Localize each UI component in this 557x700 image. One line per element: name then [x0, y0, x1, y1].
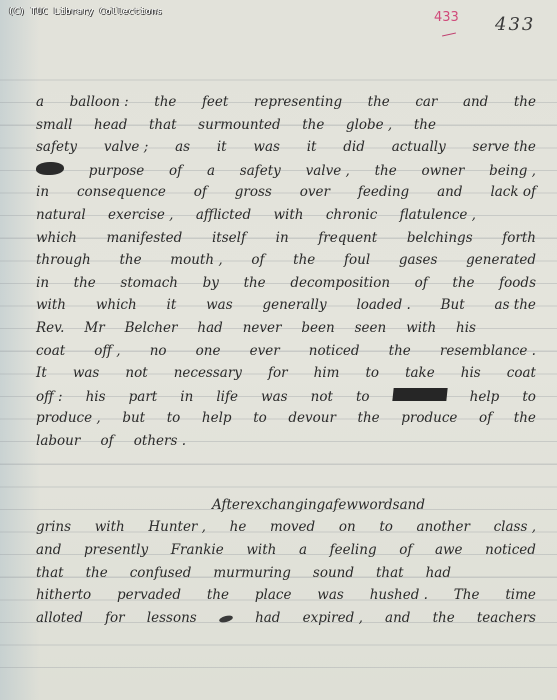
- handwritten-word: on: [339, 519, 356, 535]
- handwritten-word: as the: [495, 297, 536, 313]
- handwritten-word: foul: [344, 252, 370, 268]
- handwritten-word: of: [399, 542, 412, 558]
- handwritten-word: necessary: [174, 365, 242, 381]
- handwritten-word: frequent: [318, 230, 377, 246]
- handwritten-word: the: [358, 410, 380, 426]
- handwritten-word: and: [36, 542, 61, 558]
- handwritten-word: few: [333, 497, 358, 513]
- handwritten-word: feet: [202, 94, 228, 110]
- handwritten-word: of: [194, 184, 207, 200]
- handwritten-word: foods: [499, 275, 536, 291]
- handwritten-word: a: [207, 163, 215, 179]
- handwritten-word: to: [356, 389, 370, 405]
- handwritten-word: The: [454, 587, 480, 603]
- handwritten-word: part: [129, 389, 158, 405]
- manuscript-line: allotedforlessonshadexpired ,andtheteach…: [36, 610, 536, 632]
- handwritten-word: that: [149, 117, 177, 133]
- handwritten-word: noticed: [309, 343, 360, 359]
- handwritten-word: actually: [392, 139, 446, 155]
- handwritten-word: Belcher: [125, 320, 178, 336]
- handwritten-word: time: [505, 587, 536, 603]
- manuscript-line: Itwasnotnecessaryforhimtotakehiscoat: [36, 365, 536, 387]
- handwritten-word: forth: [502, 230, 536, 246]
- handwritten-word: gases: [399, 252, 438, 268]
- handwritten-word: After: [212, 497, 246, 513]
- handwritten-word: the: [433, 610, 455, 626]
- handwritten-word: in: [36, 184, 49, 200]
- handwritten-word: safety: [36, 139, 77, 155]
- handwritten-word: surmounted: [198, 117, 280, 133]
- handwritten-word: chronic: [326, 207, 377, 223]
- handwritten-word: by: [203, 275, 219, 291]
- handwritten-word: not: [125, 365, 147, 381]
- manuscript-line: coatoff ,nooneevernoticedtheresemblance …: [36, 343, 536, 365]
- handwritten-word: no: [150, 343, 167, 359]
- handwritten-word: another: [417, 519, 470, 535]
- handwritten-word: and: [385, 610, 410, 626]
- handwritten-word: the: [302, 117, 324, 133]
- manuscript-line: andpresentlyFrankiewithafeelingofawenoti…: [36, 542, 536, 564]
- handwritten-word: ever: [250, 343, 280, 359]
- handwritten-word: awe: [435, 542, 463, 558]
- manuscript-line: throughthemouth ,ofthefoulgasesgenerated: [36, 252, 536, 274]
- handwritten-word: him: [314, 365, 340, 381]
- handwritten-word: generally: [263, 297, 327, 313]
- handwritten-word: that: [376, 565, 404, 581]
- handwritten-word: to: [253, 410, 267, 426]
- pencil-underline-mark: [442, 33, 456, 37]
- handwritten-word: Mr: [84, 320, 104, 336]
- handwritten-word: devour: [288, 410, 336, 426]
- handwritten-word: exercise ,: [108, 207, 173, 223]
- handwritten-word: been: [301, 320, 334, 336]
- handwritten-word: for: [268, 365, 288, 381]
- handwritten-word: natural: [36, 207, 86, 223]
- handwritten-word: But: [441, 297, 465, 313]
- handwritten-word: help: [202, 410, 232, 426]
- handwritten-word: take: [405, 365, 435, 381]
- handwritten-word: gross: [235, 184, 272, 200]
- handwritten-word: stomach: [120, 275, 178, 291]
- handwritten-word: coat: [507, 365, 536, 381]
- handwritten-word: alloted: [36, 610, 83, 626]
- handwritten-word: over: [300, 184, 330, 200]
- handwritten-word: of: [100, 433, 113, 449]
- handwritten-word: being ,: [489, 163, 536, 179]
- handwritten-word: of: [169, 163, 182, 179]
- handwritten-word: feeling: [330, 542, 377, 558]
- handwritten-word: and: [400, 497, 425, 513]
- handwritten-word: to: [379, 519, 393, 535]
- handwritten-word: in: [36, 275, 49, 291]
- handwritten-word: produce ,: [36, 410, 101, 426]
- handwritten-word: generated: [466, 252, 536, 268]
- handwritten-word: had: [197, 320, 222, 336]
- handwritten-word: resemblance .: [440, 343, 536, 359]
- handwritten-word: manifested: [106, 230, 182, 246]
- handwritten-word: was: [317, 587, 344, 603]
- handwritten-word: the: [414, 117, 436, 133]
- handwritten-word: Rev.: [36, 320, 64, 336]
- handwritten-word: which: [96, 297, 137, 313]
- handwritten-word: for: [105, 610, 125, 626]
- handwritten-word: feeding: [358, 184, 409, 200]
- handwritten-word: was: [253, 139, 280, 155]
- handwritten-word: had: [426, 565, 451, 581]
- handwritten-word: noticed: [485, 542, 536, 558]
- handwritten-word: the: [375, 163, 397, 179]
- manuscript-line: off :hispartinlifewasnottohelpto: [36, 388, 536, 410]
- handwritten-word: valve ;: [104, 139, 148, 155]
- handwritten-word: was: [206, 297, 233, 313]
- handwritten-word: the: [514, 410, 536, 426]
- manuscript-line: inconsequenceofgrossoverfeedingandlack o…: [36, 184, 536, 206]
- handwritten-word: words: [358, 497, 400, 513]
- manuscript-line: produce ,buttohelptodevourtheproduceofth…: [36, 410, 536, 432]
- handwritten-word: with: [95, 519, 125, 535]
- handwritten-word: mouth ,: [170, 252, 222, 268]
- handwritten-word: one: [196, 343, 221, 359]
- handwritten-word: lessons: [147, 610, 197, 626]
- handwritten-word: serve the: [473, 139, 536, 155]
- ink-folio-number: 433: [495, 14, 535, 35]
- manuscript-line: thattheconfusedmurmuringsoundthathad: [36, 565, 451, 587]
- handwritten-word: grins: [36, 519, 71, 535]
- manuscript-line: labourofothers .: [36, 433, 186, 455]
- handwritten-word: with: [406, 320, 436, 336]
- handwritten-word: of: [415, 275, 428, 291]
- handwritten-word: with: [274, 207, 304, 223]
- handwritten-word: class ,: [494, 519, 536, 535]
- handwritten-word: with: [36, 297, 66, 313]
- handwritten-word: labour: [36, 433, 80, 449]
- handwritten-word: his: [461, 365, 481, 381]
- handwritten-word: It: [36, 365, 47, 381]
- handwritten-word: the: [389, 343, 411, 359]
- handwritten-word: his: [456, 320, 476, 336]
- manuscript-line: Rev.MrBelcherhadneverbeenseenwithhis: [36, 320, 476, 342]
- handwritten-word: a: [36, 94, 44, 110]
- handwritten-word: sound: [313, 565, 354, 581]
- handwritten-word: with: [246, 542, 276, 558]
- handwritten-word: belchings: [407, 230, 473, 246]
- handwritten-word: it: [217, 139, 227, 155]
- handwritten-word: exchanging: [246, 497, 325, 513]
- handwritten-word: help: [470, 389, 500, 405]
- handwritten-word: to: [365, 365, 379, 381]
- handwritten-word: to: [167, 410, 181, 426]
- manuscript-line: whichmanifesteditselfinfrequentbelchings…: [36, 230, 536, 252]
- handwritten-word: the: [207, 587, 229, 603]
- handwritten-word: off ,: [94, 343, 120, 359]
- handwritten-word: safety: [240, 163, 281, 179]
- manuscript-line: inthestomachbythedecompositionofthefoods: [36, 275, 536, 297]
- manuscript-page: (C) TUC Library Collections 433 433 abal…: [0, 0, 557, 700]
- handwritten-word: through: [36, 252, 91, 268]
- handwritten-word: the: [293, 252, 315, 268]
- handwritten-word: was: [73, 365, 100, 381]
- handwritten-word: Frankie: [171, 542, 224, 558]
- handwritten-word: had: [255, 610, 280, 626]
- manuscript-line: aballoon :thefeetrepresentingthecarandth…: [36, 94, 536, 116]
- copyright-watermark: (C) TUC Library Collections: [8, 7, 162, 17]
- handwritten-word: which: [36, 230, 77, 246]
- handwritten-word: car: [415, 94, 437, 110]
- handwritten-word: murmuring: [213, 565, 291, 581]
- handwritten-word: afflicted: [196, 207, 251, 223]
- crossed-out-word: [392, 388, 447, 401]
- handwritten-word: teachers: [477, 610, 536, 626]
- handwritten-word: itself: [212, 230, 246, 246]
- handwritten-word: of: [479, 410, 492, 426]
- handwritten-word: the: [514, 94, 536, 110]
- handwritten-word: did: [343, 139, 365, 155]
- handwritten-word: was: [261, 389, 288, 405]
- handwritten-word: small: [36, 117, 72, 133]
- handwritten-word: flatulence ,: [400, 207, 476, 223]
- manuscript-line: Afterexchangingafewwordsand: [212, 497, 366, 519]
- manuscript-line: smallheadthatsurmountedtheglobe ,the: [36, 117, 436, 139]
- handwritten-word: as: [175, 139, 190, 155]
- handwritten-word: that: [36, 565, 64, 581]
- handwritten-word: off :: [36, 389, 63, 405]
- handwritten-word: never: [243, 320, 282, 336]
- handwritten-word: representing: [254, 94, 342, 110]
- handwritten-word: owner: [421, 163, 464, 179]
- handwritten-word: the: [154, 94, 176, 110]
- handwritten-word: consequence: [77, 184, 166, 200]
- ink-smudge: [218, 614, 233, 623]
- handwritten-word: a: [299, 542, 307, 558]
- handwritten-word: the: [119, 252, 141, 268]
- handwritten-word: and: [437, 184, 462, 200]
- handwritten-word: the: [244, 275, 266, 291]
- handwritten-word: pervaded: [117, 587, 181, 603]
- handwritten-word: confused: [130, 565, 192, 581]
- manuscript-line: purposeofasafetyvalve ,theownerbeing ,: [36, 162, 536, 184]
- handwritten-word: valve ,: [306, 163, 350, 179]
- handwritten-word: to: [522, 389, 536, 405]
- handwritten-word: the: [368, 94, 390, 110]
- manuscript-line: withwhichitwasgenerallyloaded .Butas the: [36, 297, 536, 319]
- handwritten-word: produce: [401, 410, 457, 426]
- handwritten-word: his: [86, 389, 106, 405]
- manuscript-line: grinswithHunter ,hemovedontoanotherclass…: [36, 519, 536, 541]
- handwritten-word: it: [167, 297, 177, 313]
- handwritten-word: the: [452, 275, 474, 291]
- handwritten-word: globe ,: [346, 117, 392, 133]
- handwritten-word: others .: [134, 433, 186, 449]
- handwritten-word: of: [251, 252, 264, 268]
- handwritten-word: coat: [36, 343, 65, 359]
- handwritten-word: and: [463, 94, 488, 110]
- handwritten-word: expired ,: [303, 610, 363, 626]
- handwritten-word: presently: [84, 542, 148, 558]
- handwritten-word: head: [94, 117, 127, 133]
- handwritten-word: hushed .: [370, 587, 428, 603]
- manuscript-line: safetyvalve ;asitwasitdidactuallyserve t…: [36, 139, 536, 161]
- handwritten-word: balloon :: [70, 94, 129, 110]
- ink-blot: [36, 162, 64, 175]
- handwritten-word: the: [74, 275, 96, 291]
- handwritten-word: lack of: [490, 184, 536, 200]
- handwritten-word: decomposition: [290, 275, 390, 291]
- handwritten-word: place: [255, 587, 292, 603]
- pencil-folio-number: 433: [434, 10, 459, 25]
- handwritten-word: it: [307, 139, 317, 155]
- manuscript-line: naturalexercise ,afflictedwithchronicfla…: [36, 207, 476, 229]
- handwritten-word: seen: [355, 320, 387, 336]
- handwritten-word: the: [86, 565, 108, 581]
- handwritten-word: in: [276, 230, 289, 246]
- handwritten-word: life: [216, 389, 238, 405]
- handwritten-word: but: [122, 410, 145, 426]
- manuscript-line: hithertopervadedtheplacewashushed .Theti…: [36, 587, 536, 609]
- handwritten-word: not: [311, 389, 333, 405]
- handwritten-word: hitherto: [36, 587, 91, 603]
- handwritten-word: loaded .: [356, 297, 410, 313]
- handwritten-word: Hunter ,: [148, 519, 206, 535]
- handwritten-word: he: [230, 519, 247, 535]
- handwritten-word: in: [180, 389, 193, 405]
- handwritten-word: moved: [270, 519, 315, 535]
- handwritten-word: purpose: [89, 163, 144, 179]
